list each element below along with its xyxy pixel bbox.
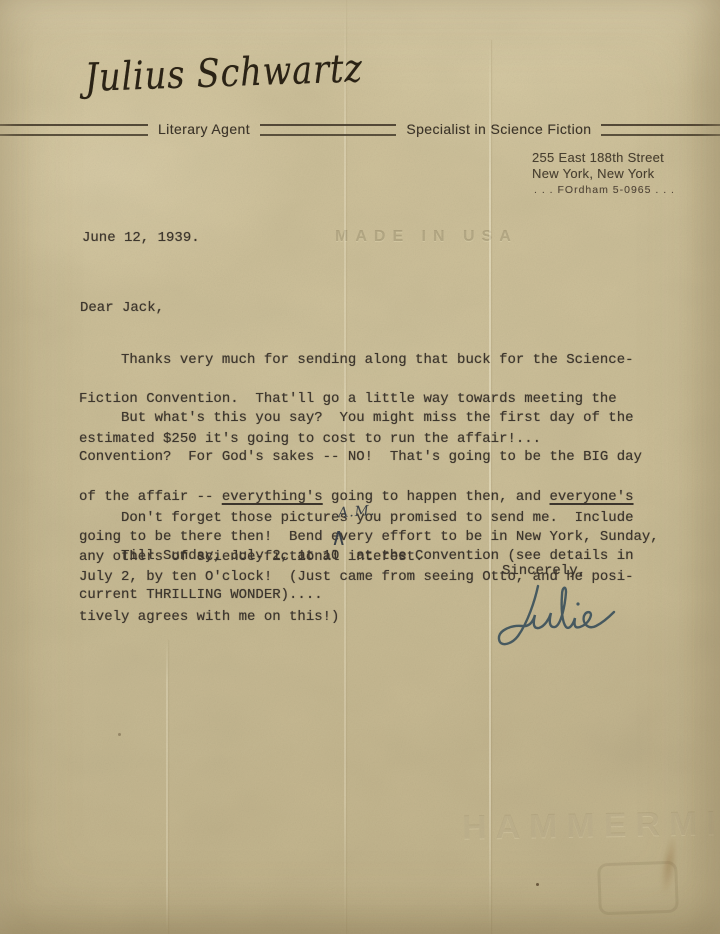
salutation: Dear Jack, <box>80 302 164 315</box>
date-line: June 12, 1939. <box>82 232 200 245</box>
rule-line-left <box>0 124 148 136</box>
vertical-crease <box>166 640 168 934</box>
letter-scan: MADE IN USA HAMMERMILL Julius Schwartz L… <box>0 0 720 934</box>
watermark-paper-brand: HAMMERMILL <box>462 803 720 848</box>
handwritten-am-insertion: A.M. <box>337 503 375 522</box>
body-line: Thanks very much for sending along that … <box>79 354 634 367</box>
insertion-caret-mark: ∧ <box>331 523 346 551</box>
paper-speck <box>118 733 121 736</box>
address-line-2: New York, New York <box>532 166 675 182</box>
signature-ink-stroke <box>492 580 624 656</box>
address-phone-line: . . . FOrdham 5-0965 . . . <box>532 182 675 198</box>
address-line-1: 255 East 188th Street <box>532 150 675 166</box>
paper-speck <box>536 883 539 886</box>
body-line: Till Sunday, July 2, at 10 at the Conven… <box>79 550 634 563</box>
address-block: 255 East 188th Street New York, New York… <box>532 150 675 198</box>
letterhead-rule-band: Literary Agent Specialist in Science Fic… <box>0 120 720 140</box>
closing: Sincerely, <box>502 565 586 578</box>
rule-line-middle <box>260 124 396 136</box>
signature-julie: Julie <box>492 580 624 661</box>
body-line: Convention? For God's sakes -- NO! That'… <box>79 451 659 464</box>
rule-line-right <box>601 124 720 136</box>
letterhead-name-script: Julius Schwartz <box>84 46 364 101</box>
tagline-literary-agent: Literary Agent <box>148 121 260 137</box>
body-line: But what's this you say? You might miss … <box>79 412 659 425</box>
tagline-specialist: Specialist in Science Fiction <box>396 121 601 137</box>
